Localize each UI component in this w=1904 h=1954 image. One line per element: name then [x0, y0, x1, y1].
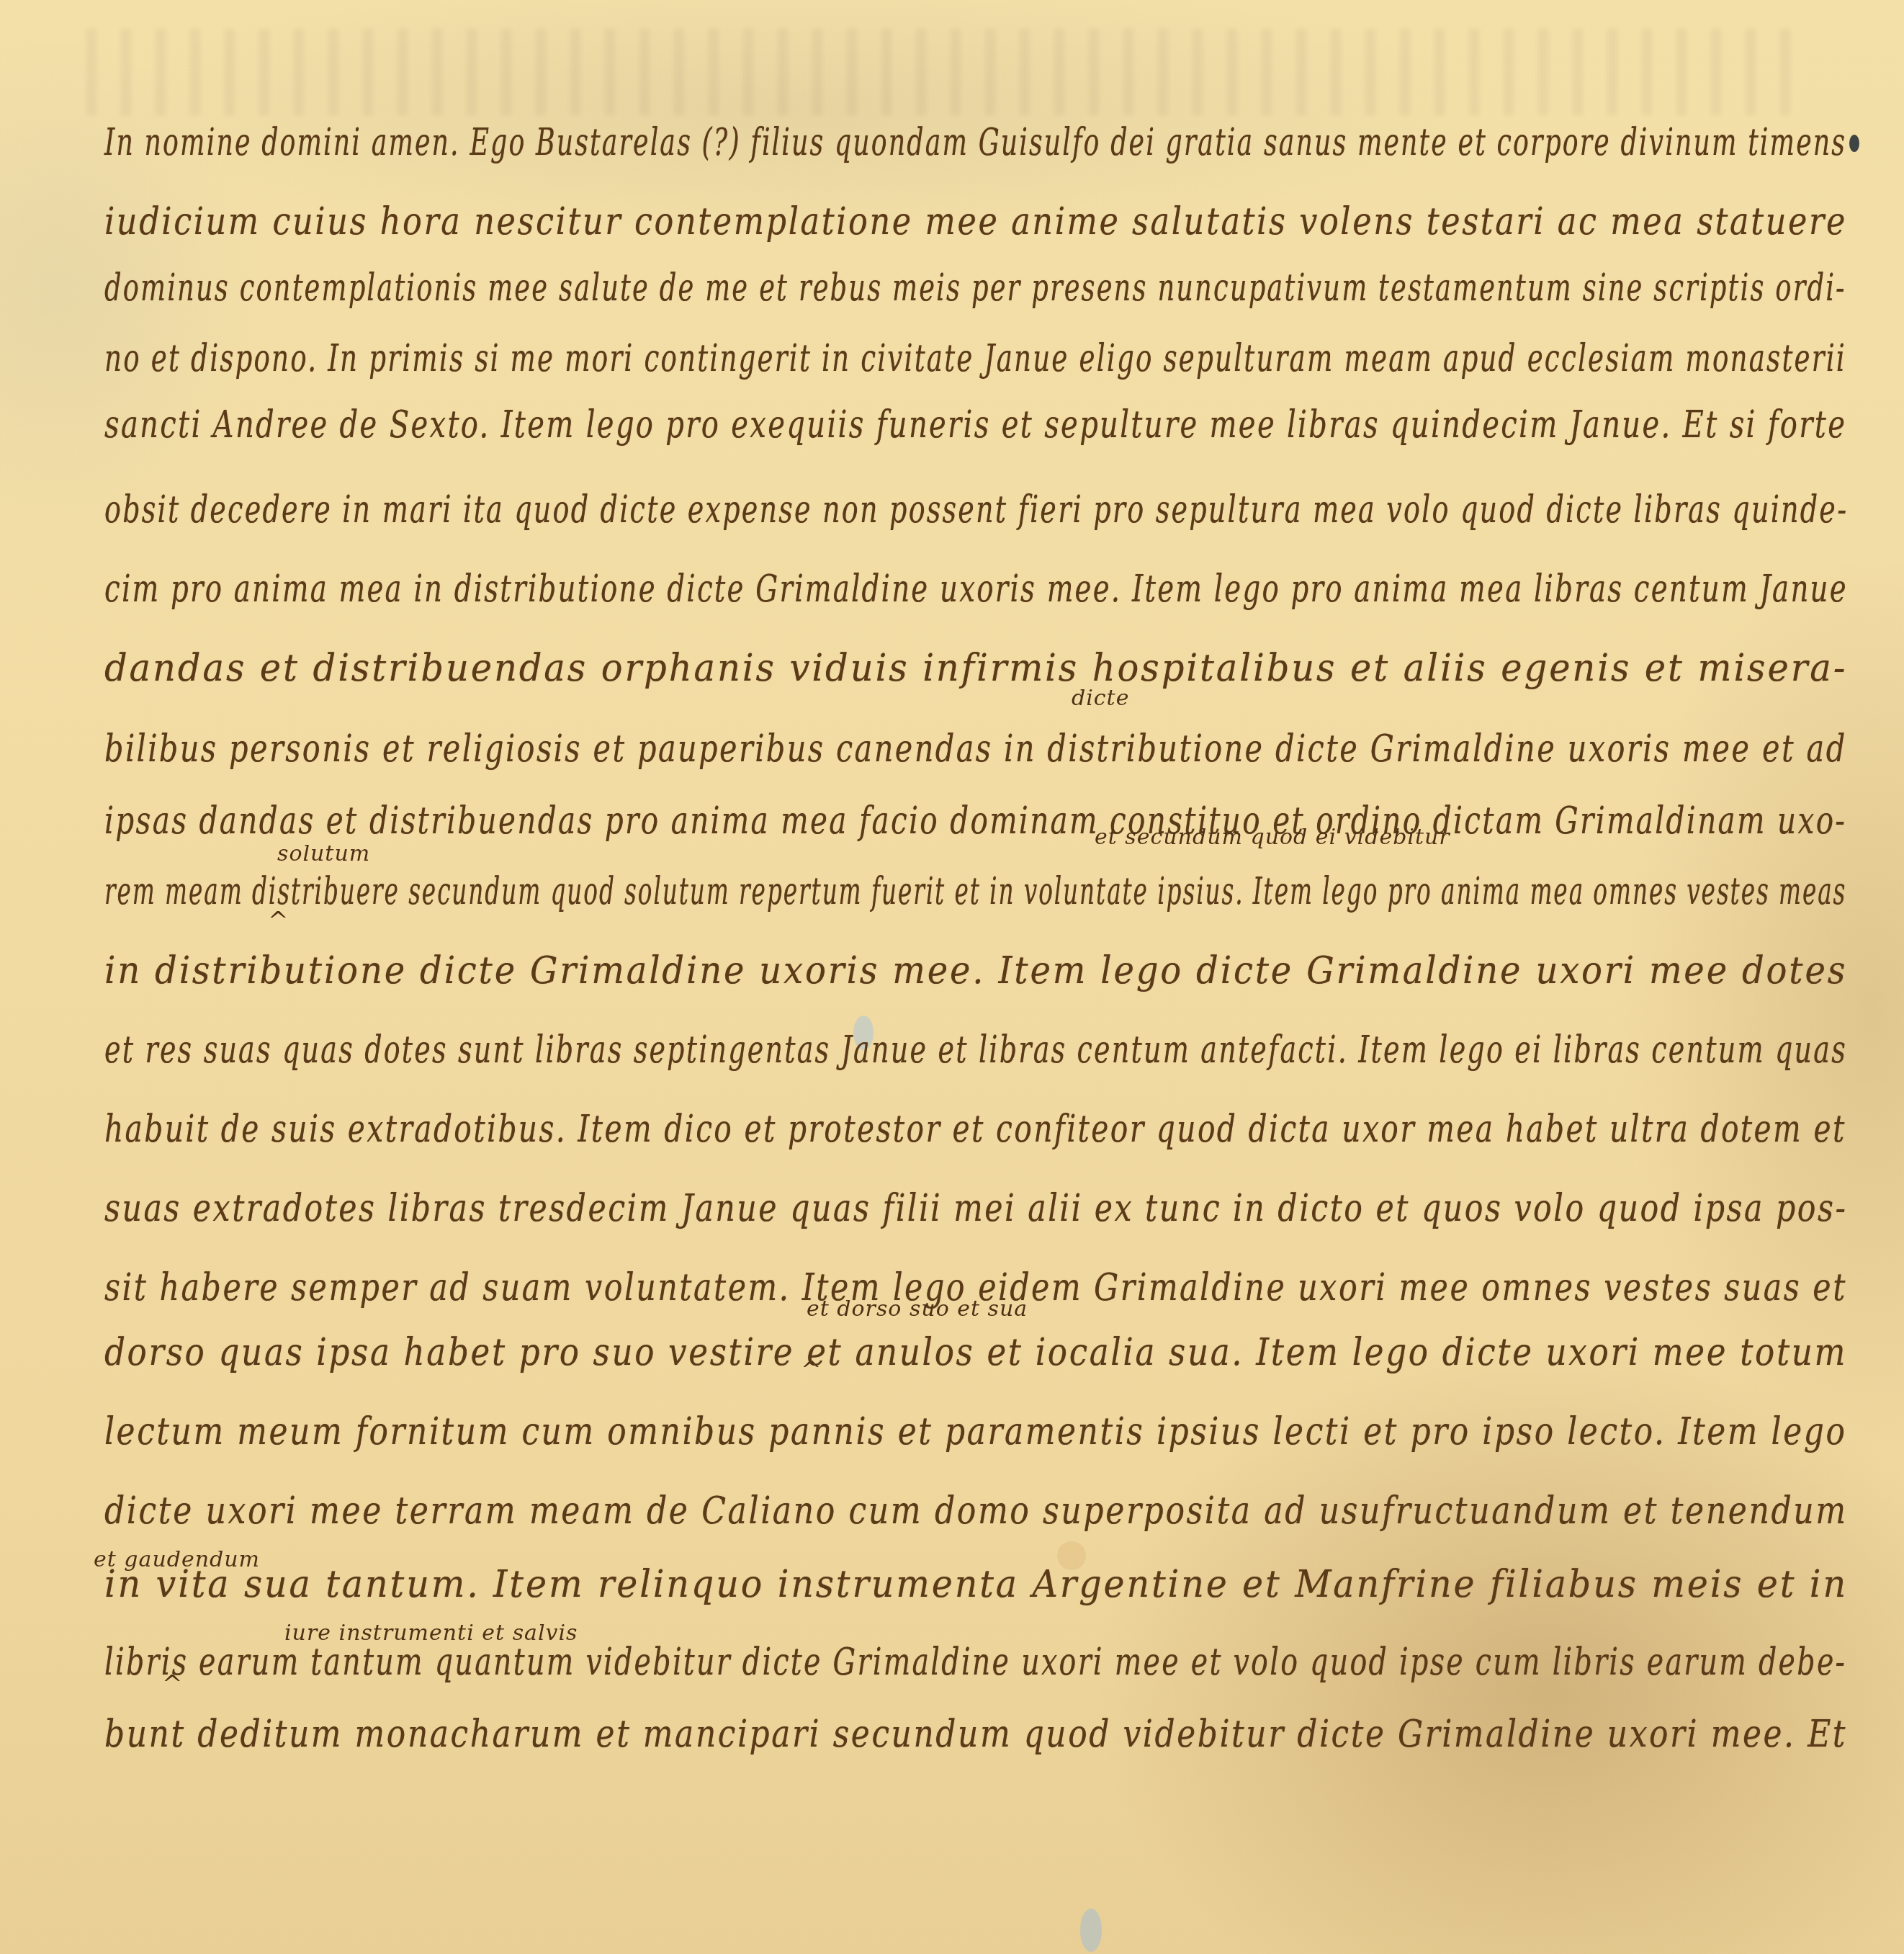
manuscript-line: bilibus personis et religiosis et pauper…: [104, 727, 1847, 771]
manuscript-line: dandas et distribuendas orphanis viduis …: [104, 647, 1847, 690]
manuscript-line: dorso quas ipsa habet pro suo vestire et…: [104, 1331, 1847, 1374]
manuscript-line: et res suas quas dotes sunt libras septi…: [104, 1028, 1847, 1072]
manuscript-line: obsit decedere in mari ita quod dicte ex…: [104, 488, 1848, 532]
manuscript-line: ipsas dandas et distribuendas pro anima …: [104, 799, 1846, 843]
manuscript-line: cim pro anima mea in distributione dicte…: [104, 568, 1848, 611]
manuscript-line: dominus contemplationis mee salute de me…: [104, 266, 1846, 310]
manuscript-line: suas extradotes libras tresdecim Janue q…: [104, 1187, 1847, 1230]
manuscript-text: In nomine domini amen. Ego Bustarelas (?…: [0, 0, 1904, 1954]
interlinear-addition: dicte: [1072, 686, 1129, 711]
interlinear-addition: et dorso suo et sua: [807, 1296, 1028, 1322]
manuscript-line: iudicium cuius hora nescitur contemplati…: [104, 200, 1847, 243]
manuscript-line: habuit de suis extradotibus. Item dico e…: [104, 1108, 1846, 1151]
manuscript-line: rem meam distribuere secundum quod solut…: [104, 870, 1846, 913]
manuscript-line: bunt deditum monacharum et mancipari sec…: [104, 1713, 1847, 1756]
parchment-page: In nomine domini amen. Ego Bustarelas (?…: [0, 0, 1904, 1954]
manuscript-line: libris earum tantum quantum videbitur di…: [104, 1641, 1846, 1684]
manuscript-line: dicte uxori mee terram meam de Caliano c…: [104, 1489, 1848, 1533]
manuscript-line: no et dispono. In primis si me mori cont…: [104, 337, 1846, 380]
manuscript-line: lectum meum fornitum cum omnibus pannis …: [104, 1410, 1847, 1453]
interlinear-addition: et secundum quod ei videbitur: [1095, 825, 1450, 850]
manuscript-line: in distributione dicte Grimaldine uxoris…: [104, 949, 1847, 992]
manuscript-line: in vita sua tantum. Item relinquo instru…: [104, 1563, 1848, 1606]
manuscript-line: sancti Andree de Sexto. Item lego pro ex…: [104, 403, 1846, 447]
interlinear-addition: solutum: [277, 841, 370, 866]
manuscript-line: In nomine domini amen. Ego Bustarelas (?…: [104, 121, 1846, 164]
